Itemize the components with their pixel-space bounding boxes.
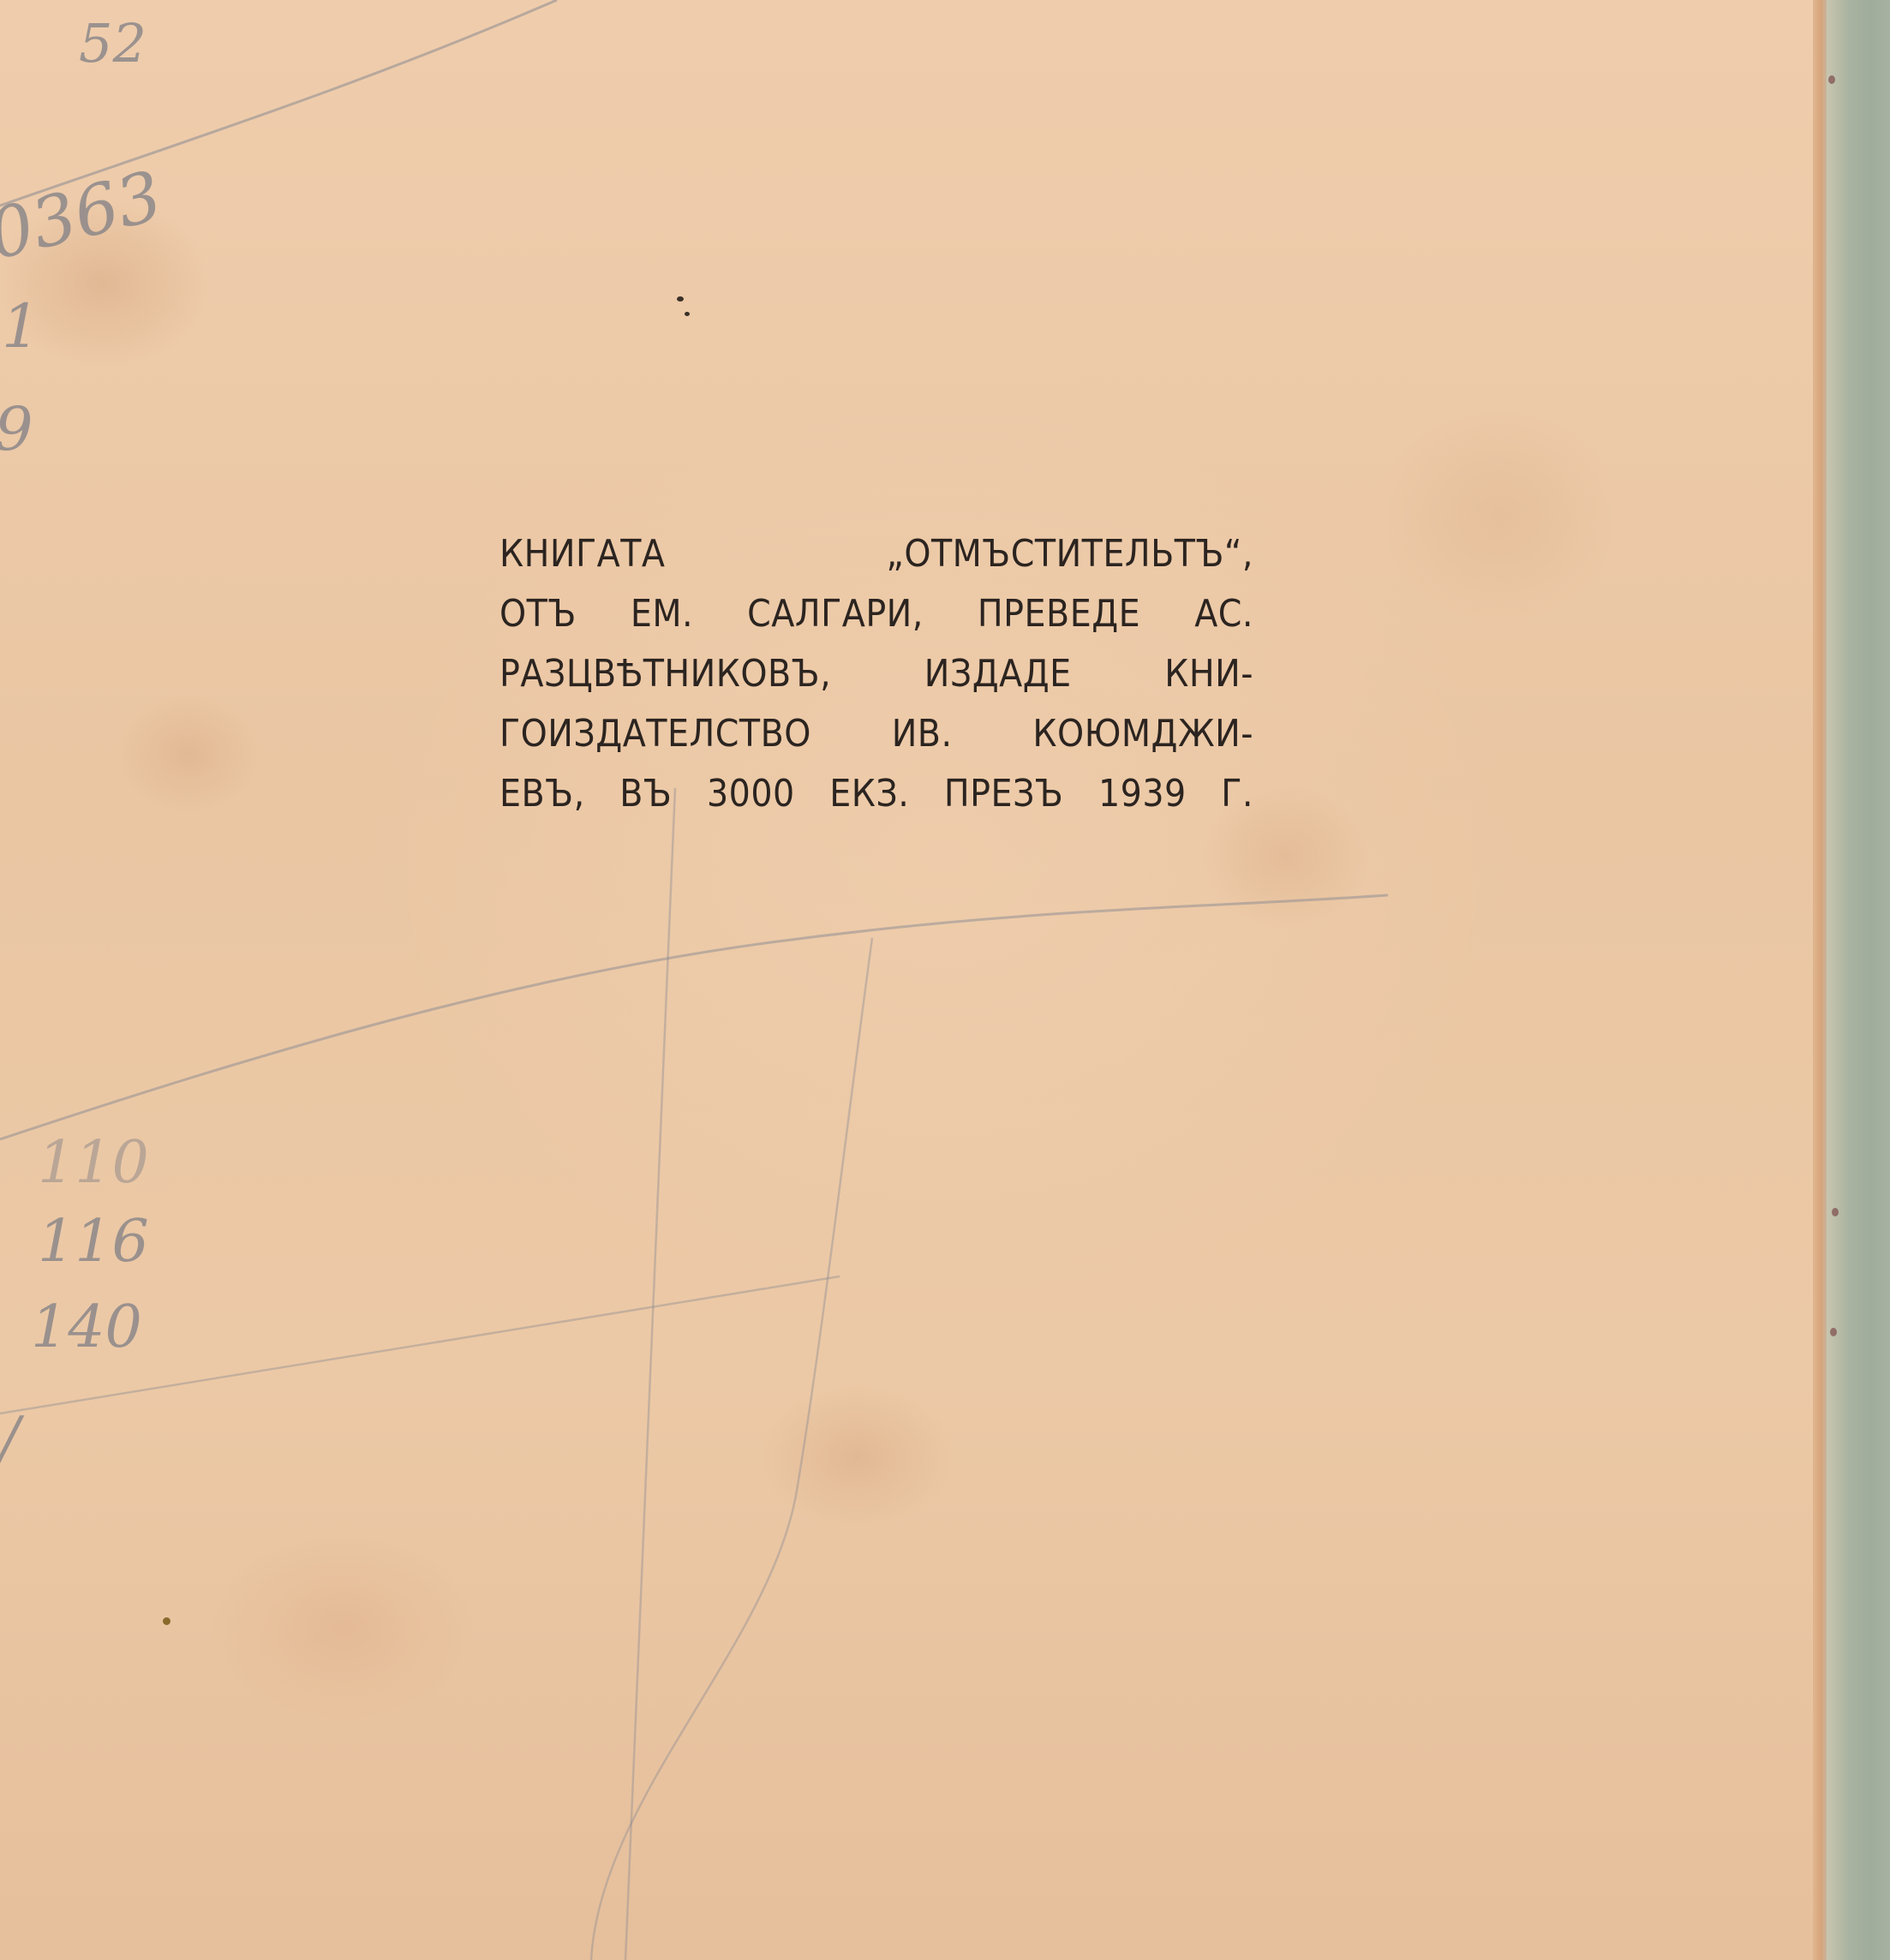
colophon-line: ЕВЪ, ВЪ 3000 ЕКЗ. ПРЕЗЪ 1939 Г. bbox=[499, 764, 1253, 824]
handwritten-number: 110 bbox=[38, 1129, 149, 1197]
book-binding bbox=[1827, 0, 1890, 1960]
ink-speck bbox=[677, 296, 684, 302]
handwritten-number: 9 bbox=[0, 394, 33, 464]
ink-speck bbox=[685, 312, 690, 316]
binding-stain bbox=[1830, 1328, 1837, 1336]
paper-page bbox=[0, 0, 1825, 1960]
handwritten-number: 1 bbox=[2, 291, 40, 362]
handwritten-number: 116 bbox=[38, 1208, 149, 1276]
debris-speck bbox=[163, 1617, 170, 1625]
colophon-line: ОТЪ ЕМ. САЛГАРИ, ПРЕВЕДЕ АС. bbox=[499, 584, 1253, 644]
colophon-text: КНИГАТА „ОТМЪСТИТЕЛЬТЪ“, ОТЪ ЕМ. САЛГАРИ… bbox=[499, 524, 1253, 824]
colophon-line: РАЗЦВѢТНИКОВЪ, ИЗДАДЕ КНИ- bbox=[499, 644, 1253, 704]
page-edge bbox=[1813, 0, 1827, 1960]
handwritten-number: 140 bbox=[31, 1294, 142, 1361]
handwritten-mark: / bbox=[0, 1405, 20, 1473]
handwritten-number: 52 bbox=[79, 12, 147, 75]
binding-stain bbox=[1832, 1208, 1839, 1216]
colophon-line: КНИГАТА „ОТМЪСТИТЕЛЬТЪ“, bbox=[499, 524, 1253, 584]
binding-stain bbox=[1828, 75, 1835, 84]
colophon-line: ГОИЗДАТЕЛСТВО ИВ. КОЮМДЖИ- bbox=[499, 704, 1253, 764]
